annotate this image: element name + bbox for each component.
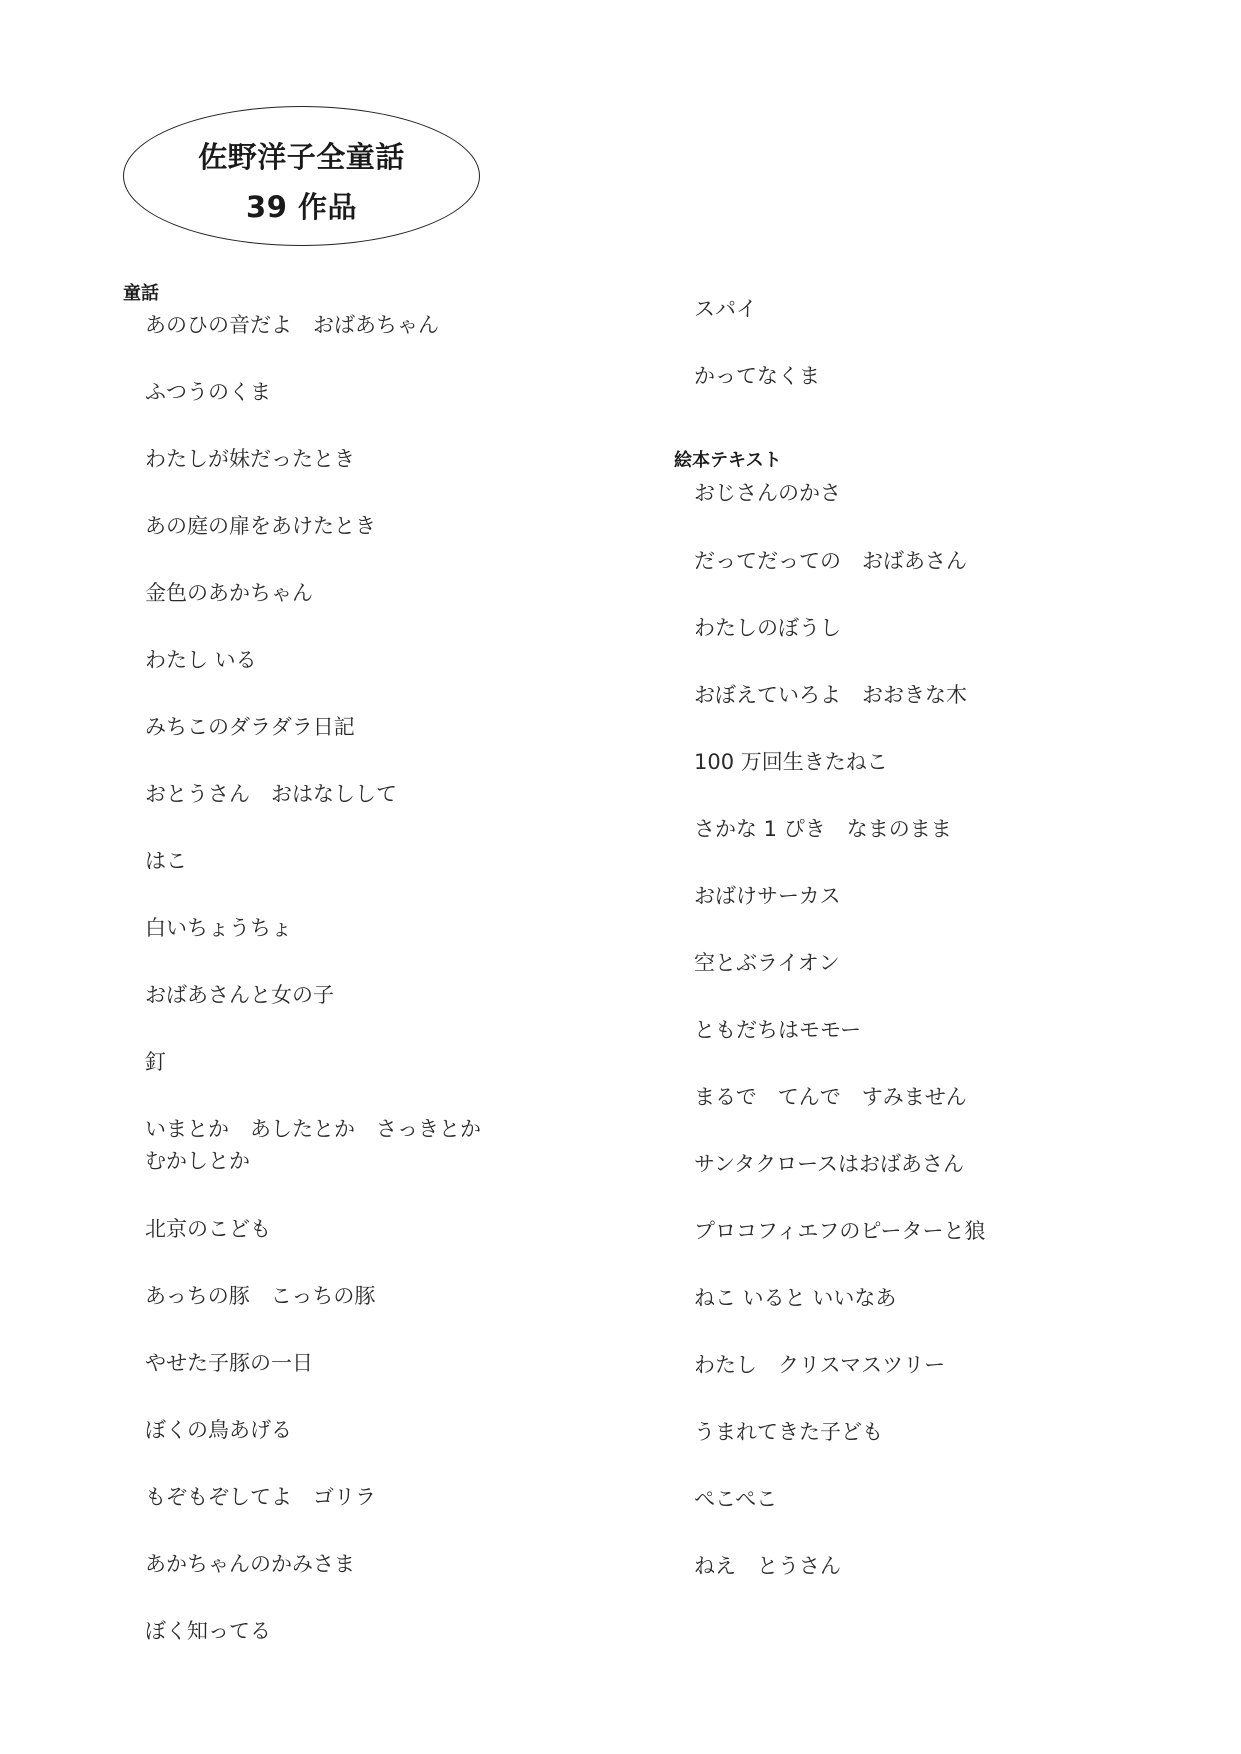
list-item: おぼえていろよ おおきな木 [694,679,967,711]
list-item: 北京のこども [145,1213,271,1245]
list-item: 空とぶライオン [694,947,840,979]
list-item: ねこ いると いいなあ [694,1282,896,1314]
list-item: わたし クリスマスツリー [694,1349,945,1381]
list-item: わたしのぼうし [694,612,841,644]
list-item: やせた子豚の一日 [145,1347,313,1379]
list-item: あかちゃんのかみさま [145,1548,355,1580]
list-item: みちこのダラダラ日記 [145,711,355,743]
list-item: 金色のあかちゃん [145,577,313,609]
list-item: ぼくの鳥あげる [145,1414,292,1446]
list-item: だってだっての おばあさん [694,545,967,577]
title-count: 39 作品 [124,185,479,226]
list-item: ともだちはモモー [694,1014,861,1046]
list-item: はこ [145,845,187,877]
list-item: 釘 [145,1046,166,1078]
list-item: あの庭の扉をあけたとき [145,510,376,542]
section-heading-ehon: 絵本テキスト [674,446,782,472]
list-item: プロコフィエフのピーターと狼 [694,1215,985,1247]
list-item: あっちの豚 こっちの豚 [145,1280,375,1312]
list-item: おばあさんと女の子 [145,979,334,1011]
list-item: まるで てんで すみません [694,1081,967,1113]
list-item: いまとか あしたとか さっきとか むかしとか [145,1113,481,1177]
list-item: あのひの音だよ おばあちゃん [145,309,439,341]
list-item: ぺこぺこ [694,1483,777,1515]
section-heading-douwa: 童話 [123,279,159,305]
list-item: おばけサーカス [694,880,841,912]
list-item: おじさんのかさ [694,477,841,509]
list-item: ふつうのくま [145,376,271,408]
list-item: かってなくま [694,360,820,392]
list-item: おとうさん おはなしして [145,778,397,810]
list-item: ねえ とうさん [694,1550,841,1582]
title-main: 佐野洋子全童話 [124,135,479,176]
list-item: もぞもぞしてよ ゴリラ [145,1481,376,1513]
list-item: うまれてきた子ども [694,1416,883,1448]
list-item: ぼく知ってる [145,1615,271,1647]
list-item: わたし いる [145,644,257,676]
title-oval: 佐野洋子全童話 39 作品 [123,106,480,246]
list-item: さかな 1 ぴき なまのまま [694,813,952,845]
list-item: サンタクロースはおばあさん [694,1148,964,1180]
list-item: スパイ [694,293,757,325]
list-item: わたしが妹だったとき [145,443,355,475]
list-item: 100 万回生きたねこ [694,746,888,778]
list-item: 白いちょうちょ [145,912,292,944]
